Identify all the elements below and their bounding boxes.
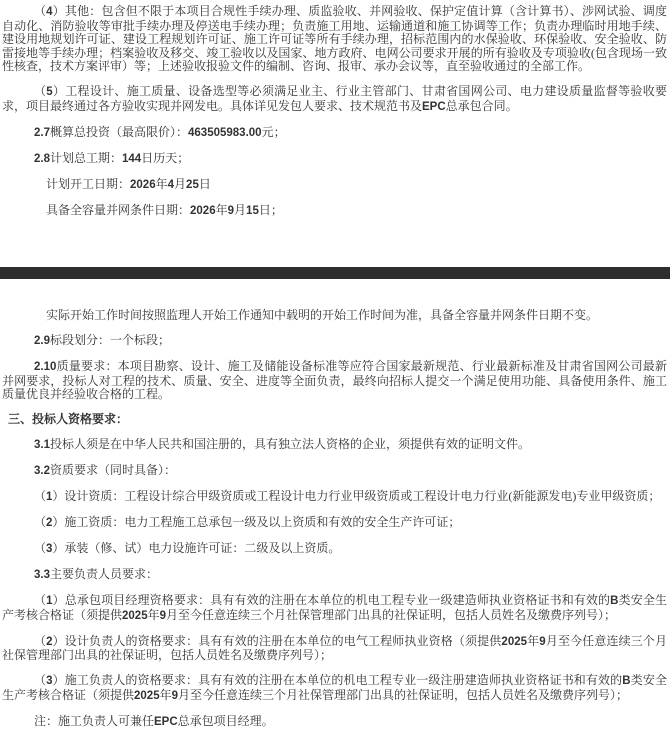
page-2-content: 实际开始工作时间按照监理人开始工作通知中载明的开始工作时间为准，具备全容量并网条…	[0, 279, 670, 729]
latin-run: 2025	[122, 610, 148, 622]
clause-3-2-qualifications: 3.2资质要求（同时具备）：	[2, 464, 667, 479]
latin-run: 2.8	[34, 153, 50, 165]
latin-run: 9	[539, 636, 545, 648]
page-separator	[0, 267, 670, 279]
latin-run: 9	[172, 690, 178, 702]
item-1-epc-project-manager: （1）总承包项目经理资格要求：具有有效的注册在本单位的机电工程专业一级建造师执业…	[2, 594, 667, 623]
latin-run: 3	[46, 543, 52, 555]
latin-run: 1	[46, 595, 52, 607]
latin-run: 3	[46, 675, 52, 687]
latin-run: 2.9	[34, 335, 50, 347]
latin-run: 4	[168, 179, 174, 191]
planned-start-date: 计划开工日期：2026年4月25日	[2, 178, 667, 193]
latin-run: 2.7	[34, 127, 50, 139]
clause-3-1-registration: 3.1投标人须是在中华人民共和国注册的，具有独立法人资格的企业，须提供有效的证明…	[2, 438, 667, 453]
item-2-construction-qualification: （2）施工资质：电力工程施工总承包一级及以上资质和有效的安全生产许可证；	[2, 516, 667, 531]
latin-run: 15	[246, 205, 259, 217]
latin-run: EPC	[154, 716, 178, 728]
clause-4-other-scope: （4）其他：包含但不限于本项目合规性手续办理、质监验收、并网验收、保护定值计算（…	[2, 5, 667, 74]
clause-5-acceptance-requirements: （5）工程设计、施工质量、设备选型等必须满足业主、行业主管部门、甘肃省国网公司、…	[2, 85, 667, 114]
latin-run: B	[610, 595, 618, 607]
latin-run: 4	[46, 6, 52, 18]
latin-run: 25	[186, 179, 199, 191]
latin-run: 1	[46, 491, 52, 503]
latin-run: 2026	[130, 179, 156, 191]
item-3-electric-facility-license: （3）承装（修、试）电力设施许可证：二级及以上资质。	[2, 542, 667, 557]
item-2-design-lead: （2）设计负责人的资格要求：具有有效的注册在本单位的电气工程师执业资格（须提供2…	[2, 635, 667, 663]
latin-run: 3.3	[34, 569, 50, 581]
tender-document: （4）其他：包含但不限于本项目合规性手续办理、质监验收、并网验收、保护定值计算（…	[0, 0, 670, 729]
page-1-content: （4）其他：包含但不限于本项目合规性手续办理、质监验收、并网验收、保护定值计算（…	[0, 0, 670, 218]
latin-run: 9	[160, 610, 166, 622]
note-concurrent-role: 注：施工负责人可兼任EPC总承包项目经理。	[2, 715, 667, 730]
clause-3-3-key-personnel: 3.3主要负责人员要求：	[2, 568, 667, 583]
latin-run: 2025	[501, 636, 527, 648]
clause-2-9-lot-division: 2.9标段划分：一个标段；	[2, 334, 667, 349]
actual-start-time-note: 实际开始工作时间按照监理人开始工作通知中载明的开始工作时间为准，具备全容量并网条…	[2, 309, 667, 323]
latin-run: 3.2	[34, 465, 50, 477]
latin-run: 9	[228, 205, 234, 217]
latin-run: 2025	[134, 690, 160, 702]
latin-run: 5	[46, 86, 52, 98]
latin-run: 144	[122, 153, 141, 165]
latin-run: 463505983.00	[188, 127, 262, 139]
section-3-bidder-qualification-heading: 三、投标人资格要求：	[2, 413, 667, 427]
latin-run: 2	[46, 636, 52, 648]
clause-2-7-budget-total: 2.7概算总投资（最高限价）：463505983.00元；	[2, 126, 667, 141]
latin-run: 2.10	[34, 361, 56, 373]
latin-run: 3.1	[34, 439, 50, 451]
latin-run: EPC	[422, 101, 446, 113]
clause-2-10-quality-requirements: 2.10质量要求：本项目勘察、设计、施工及储能设备标准等应符合国家最新规范、行业…	[2, 360, 667, 402]
full-capacity-grid-date: 具备全容量并网条件日期：2026年9月15日；	[2, 204, 667, 219]
clause-2-8-construction-period: 2.8计划总工期：144日历天；	[2, 152, 667, 167]
latin-run: 2026	[190, 205, 216, 217]
item-3-construction-lead: （3）施工负责人的资格要求：具有有效的注册在本单位的机电工程专业一级注册建造师执…	[2, 674, 667, 703]
latin-run: B	[622, 675, 630, 687]
latin-run: 2	[46, 517, 52, 529]
item-1-design-qualification: （1）设计资质：工程设计综合甲级资质或工程设计电力行业甲级资质或工程设计电力行业…	[2, 490, 667, 505]
